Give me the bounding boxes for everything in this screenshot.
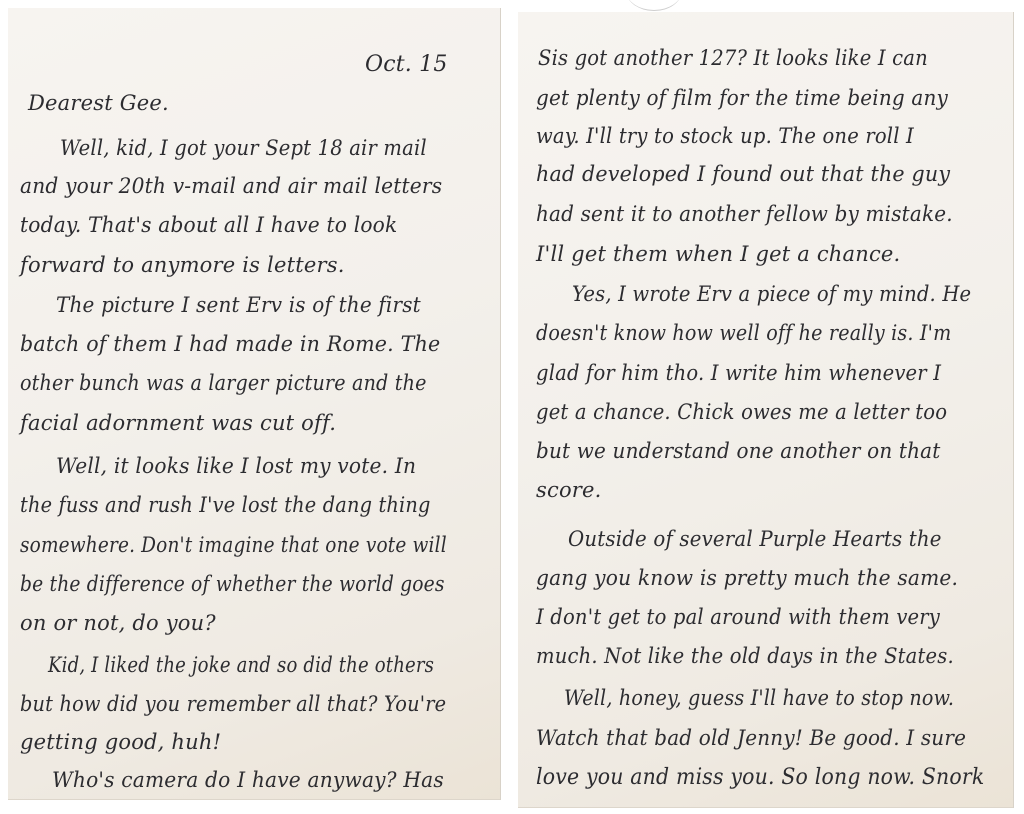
- letter-line: on or not, do you?: [20, 611, 216, 635]
- letter-line: but we understand one another on that: [536, 439, 940, 463]
- salutation: Dearest Gee.: [28, 91, 169, 115]
- letter-line: Well, kid, I got your Sept 18 air mail: [60, 136, 427, 160]
- letter-line: Well, honey, guess I'll have to stop now…: [564, 686, 954, 710]
- letter-line: The picture I sent Erv is of the first: [56, 293, 421, 317]
- letter-line: way. I'll try to stock up. The one roll …: [536, 124, 914, 148]
- letter-date: Oct. 15: [365, 52, 448, 77]
- letter-line: get plenty of film for the time being an…: [536, 86, 948, 110]
- letter-line: other bunch was a larger picture and the: [20, 371, 427, 395]
- letter-line: get a chance. Chick owes me a letter too: [536, 400, 947, 424]
- letter-line: I'll get them when I get a chance.: [536, 242, 900, 266]
- letter-line: I don't get to pal around with them very: [536, 605, 940, 629]
- letter-line: had sent it to another fellow by mistake…: [536, 202, 953, 226]
- letter-line: Kid, I liked the joke and so did the oth…: [48, 653, 434, 677]
- closing-and-signature: love you and miss you. So long now. Snor…: [536, 765, 984, 790]
- letter-page-right: Sis got another 127? It looks like I can…: [518, 12, 1014, 808]
- letter-line: be the difference of whether the world g…: [20, 572, 445, 596]
- letter-line: batch of them I had made in Rome. The: [20, 332, 440, 356]
- page-edge-mark: [626, 0, 682, 11]
- letter-line: and your 20th v-mail and air mail letter…: [20, 174, 442, 198]
- letter-line: Outside of several Purple Hearts the: [568, 527, 942, 551]
- letter-line: Yes, I wrote Erv a piece of my mind. He: [572, 282, 971, 306]
- letter-line: glad for him tho. I write him whenever I: [536, 361, 941, 385]
- letter-line: somewhere. Don't imagine that one vote w…: [20, 533, 447, 557]
- letter-line: getting good, huh!: [20, 730, 221, 754]
- letter-line: Who's camera do I have anyway? Has: [52, 768, 444, 792]
- letter-line: but how did you remember all that? You'r…: [20, 692, 446, 716]
- letter-line: Sis got another 127? It looks like I can: [538, 46, 928, 70]
- letter-line: Well, it looks like I lost my vote. In: [56, 454, 416, 478]
- letter-line: score.: [536, 478, 602, 502]
- letter-page-left: Oct. 15 Dearest Gee. Well, kid, I got yo…: [8, 8, 501, 800]
- letter-line: gang you know is pretty much the same.: [536, 566, 958, 590]
- letter-line: Watch that bad old Jenny! Be good. I sur…: [536, 726, 966, 750]
- letter-line: today. That's about all I have to look: [20, 213, 397, 237]
- letter-line: had developed I found out that the guy: [536, 162, 950, 186]
- letter-line: forward to anymore is letters.: [20, 253, 345, 277]
- letter-line: the fuss and rush I've lost the dang thi…: [20, 493, 431, 517]
- letter-line: much. Not like the old days in the State…: [536, 644, 954, 668]
- letter-line: facial adornment was cut off.: [20, 411, 336, 435]
- letter-line: doesn't know how well off he really is. …: [536, 321, 951, 345]
